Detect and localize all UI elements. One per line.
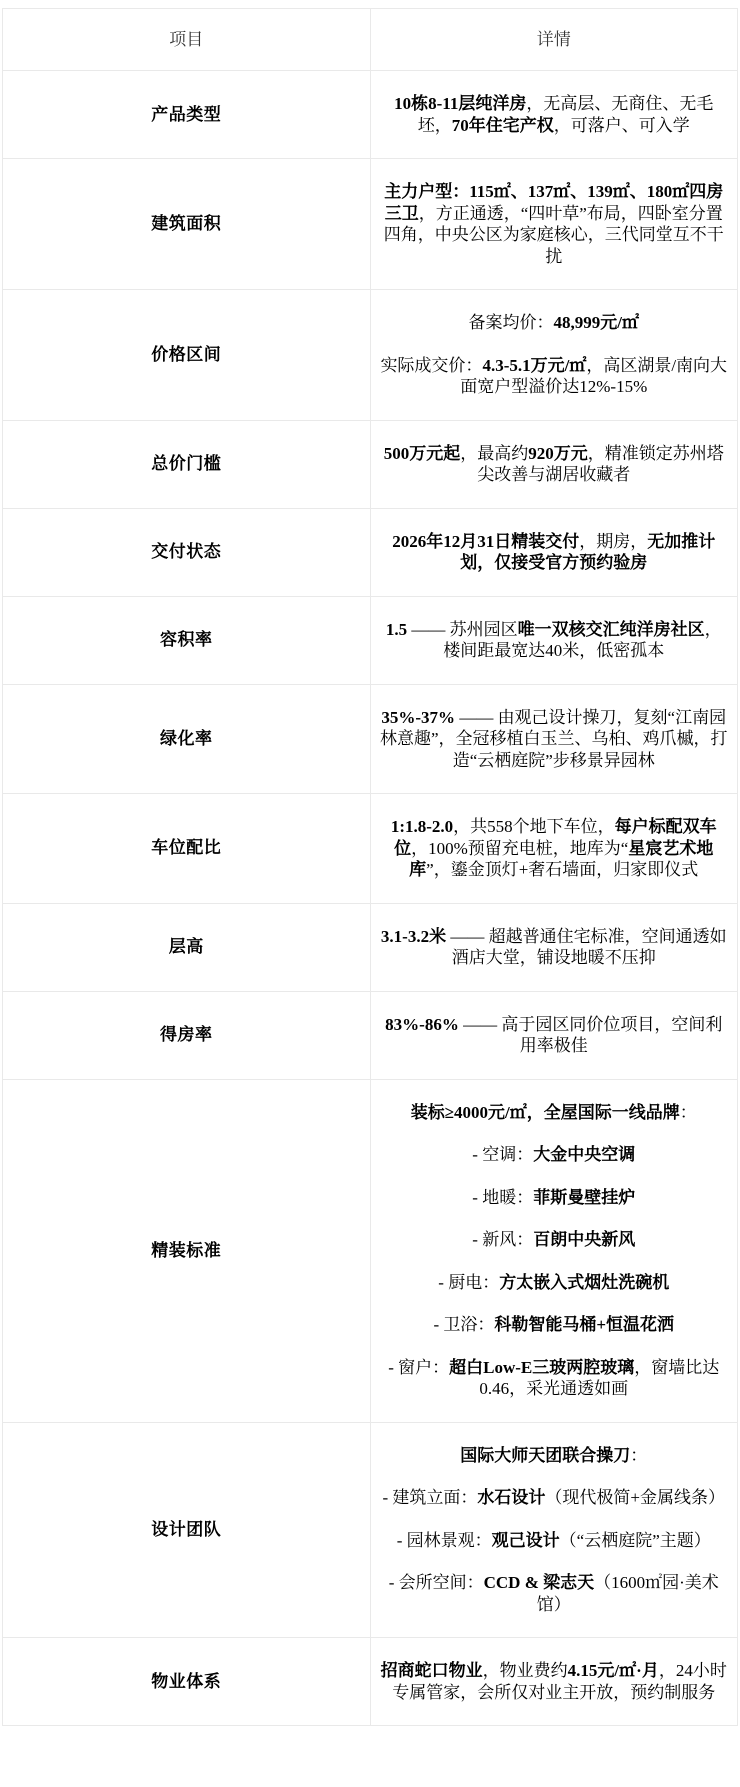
detail-text-bold: 4.15元/㎡·月 [568,1661,659,1680]
detail-text: ，方正通透，“四叶草”布局，四卧室分置四角，中央公区为家庭核心，三代同堂互不干扰 [384,204,724,266]
row-detail: 83%-86% —— 高于园区同价位项目，空间利用率极佳 [370,991,738,1079]
detail-paragraph: - 窗户：超白Low-E三玻两腔玻璃，窗墙比达0.46，采光通透如画 [379,1357,730,1400]
row-detail: 35%-37% —— 由观己设计操刀，复刻“江南园林意趣”，全冠移植白玉兰、乌桕… [370,684,738,794]
table-body: 产品类型10栋8-11层纯洋房，无高层、无商住、无毛坯，70年住宅产权，可落户、… [3,71,738,1726]
detail-text: ： [630,1446,647,1465]
detail-paragraph: 主力户型：115㎡、137㎡、139㎡、180㎡四房三卫，方正通透，“四叶草”布… [379,181,730,267]
detail-text-bold: 1.5 [386,620,407,639]
detail-paragraph: 1.5 —— 苏州园区唯一双核交汇纯洋房社区，楼间距最宽达40米，低密孤本 [379,619,730,662]
detail-text-bold: 观己设计 [492,1531,560,1550]
row-label: 精装标准 [3,1079,371,1422]
detail-paragraph: 10栋8-11层纯洋房，无高层、无商住、无毛坯，70年住宅产权，可落户、可入学 [379,93,730,136]
detail-text-bold: 70年住宅产权 [452,116,554,135]
detail-text-bold: 大金中央空调 [533,1145,635,1164]
detail-text-bold: 2026年12月31日精装交付 [392,532,579,551]
detail-text: —— 高于园区同价位项目，空间利用率极佳 [459,1015,723,1056]
detail-text: - 空调： [472,1145,533,1164]
detail-text: —— 超越普通住宅标准，空间通透如酒店大堂，铺设地暖不压抑 [446,927,727,968]
detail-text: ，共558个地下车位， [453,817,615,836]
table-row: 绿化率35%-37% —— 由观己设计操刀，复刻“江南园林意趣”，全冠移植白玉兰… [3,684,738,794]
detail-paragraph: - 厨电：方太嵌入式烟灶洗碗机 [379,1272,730,1294]
table-row: 容积率1.5 —— 苏州园区唯一双核交汇纯洋房社区，楼间距最宽达40米，低密孤本 [3,596,738,684]
detail-text-bold: 500万元起 [384,444,461,463]
detail-text: 实际成交价： [380,356,482,375]
row-label: 价格区间 [3,290,371,421]
table-row: 建筑面积主力户型：115㎡、137㎡、139㎡、180㎡四房三卫，方正通透，“四… [3,159,738,290]
detail-paragraph: 500万元起，最高约920万元，精准锁定苏州塔尖改善与湖居收藏者 [379,443,730,486]
detail-text-bold: 1:1.8-2.0 [391,817,453,836]
row-label: 设计团队 [3,1422,371,1638]
detail-paragraph: - 新风：百朗中央新风 [379,1229,730,1251]
detail-text-bold: 招商蛇口物业 [381,1661,483,1680]
row-label: 车位配比 [3,794,371,904]
detail-text: - 建筑立面： [382,1488,477,1507]
detail-text: ，期房， [579,532,647,551]
detail-text: ，最高约 [460,444,528,463]
row-detail: 国际大师天团联合操刀：- 建筑立面：水石设计（现代极简+金属线条）- 园林景观：… [370,1422,738,1638]
detail-paragraph: 实际成交价：4.3-5.1万元/㎡，高区湖景/南向大面宽户型溢价达12%-15% [379,355,730,398]
row-label: 得房率 [3,991,371,1079]
detail-text-bold: 4.3-5.1万元/㎡ [482,356,586,375]
detail-text-bold: 超白Low-E三玻两腔玻璃 [449,1358,634,1377]
detail-text: ，物业费约 [483,1661,568,1680]
detail-text: - 会所空间： [389,1573,484,1592]
row-label: 交付状态 [3,508,371,596]
detail-text-bold: 920万元 [528,444,588,463]
detail-text-bold: 48,999元/㎡ [554,313,639,332]
row-detail: 1:1.8-2.0，共558个地下车位，每户标配双车位，100%预留充电桩，地库… [370,794,738,904]
detail-paragraph: - 空调：大金中央空调 [379,1144,730,1166]
detail-text: ： [680,1103,697,1122]
row-detail: 主力户型：115㎡、137㎡、139㎡、180㎡四房三卫，方正通透，“四叶草”布… [370,159,738,290]
detail-paragraph: - 卫浴：科勒智能马桶+恒温花洒 [379,1314,730,1336]
table-row: 物业体系招商蛇口物业，物业费约4.15元/㎡·月，24小时专属管家，会所仅对业主… [3,1638,738,1726]
detail-paragraph: 3.1-3.2米 —— 超越普通住宅标准，空间通透如酒店大堂，铺设地暖不压抑 [379,926,730,969]
detail-text: - 窗户： [388,1358,449,1377]
detail-text-bold: 3.1-3.2米 [381,927,446,946]
detail-text: （“云栖庭院”主题） [560,1531,711,1550]
detail-paragraph: 国际大师天团联合操刀： [379,1445,730,1467]
detail-text-bold: 83%-86% [385,1015,459,1034]
row-label: 物业体系 [3,1638,371,1726]
table-row: 精装标准装标≥4000元/㎡，全屋国际一线品牌：- 空调：大金中央空调- 地暖：… [3,1079,738,1422]
row-detail: 500万元起，最高约920万元，精准锁定苏州塔尖改善与湖居收藏者 [370,420,738,508]
detail-text-bold: 科勒智能马桶+恒温花洒 [494,1315,674,1334]
row-label: 建筑面积 [3,159,371,290]
column-header-detail: 详情 [370,9,738,71]
detail-paragraph: 招商蛇口物业，物业费约4.15元/㎡·月，24小时专属管家，会所仅对业主开放，预… [379,1660,730,1703]
detail-text-bold: 方太嵌入式烟灶洗碗机 [499,1273,669,1292]
detail-text: - 新风： [472,1230,533,1249]
row-detail: 2026年12月31日精装交付，期房，无加推计划，仅接受官方预约验房 [370,508,738,596]
table-header-row: 项目 详情 [3,9,738,71]
table-row: 交付状态2026年12月31日精装交付，期房，无加推计划，仅接受官方预约验房 [3,508,738,596]
detail-text: —— 苏州园区 [407,620,518,639]
detail-paragraph: 83%-86% —— 高于园区同价位项目，空间利用率极佳 [379,1014,730,1057]
spec-table: 项目 详情 产品类型10栋8-11层纯洋房，无高层、无商住、无毛坯，70年住宅产… [2,8,738,1726]
detail-text-bold: 唯一双核交汇纯洋房社区 [518,620,705,639]
table-row: 价格区间备案均价：48,999元/㎡实际成交价：4.3-5.1万元/㎡，高区湖景… [3,290,738,421]
detail-paragraph: 1:1.8-2.0，共558个地下车位，每户标配双车位，100%预留充电桩，地库… [379,816,730,881]
row-detail: 3.1-3.2米 —— 超越普通住宅标准，空间通透如酒店大堂，铺设地暖不压抑 [370,903,738,991]
row-detail: 装标≥4000元/㎡，全屋国际一线品牌：- 空调：大金中央空调- 地暖：菲斯曼壁… [370,1079,738,1422]
table-row: 得房率83%-86% —— 高于园区同价位项目，空间利用率极佳 [3,991,738,1079]
row-detail: 10栋8-11层纯洋房，无高层、无商住、无毛坯，70年住宅产权，可落户、可入学 [370,71,738,159]
detail-paragraph: 备案均价：48,999元/㎡ [379,312,730,334]
detail-paragraph: 2026年12月31日精装交付，期房，无加推计划，仅接受官方预约验房 [379,531,730,574]
detail-text: - 地暖： [472,1188,533,1207]
detail-paragraph: 装标≥4000元/㎡，全屋国际一线品牌： [379,1102,730,1124]
row-detail: 1.5 —— 苏州园区唯一双核交汇纯洋房社区，楼间距最宽达40米，低密孤本 [370,596,738,684]
row-label: 绿化率 [3,684,371,794]
detail-text-bold: 菲斯曼壁挂炉 [533,1188,635,1207]
row-detail: 备案均价：48,999元/㎡实际成交价：4.3-5.1万元/㎡，高区湖景/南向大… [370,290,738,421]
detail-text-bold: 国际大师天团联合操刀 [460,1446,630,1465]
table-row: 设计团队国际大师天团联合操刀：- 建筑立面：水石设计（现代极简+金属线条）- 园… [3,1422,738,1638]
detail-text: - 园林景观： [397,1531,492,1550]
detail-text: - 卫浴： [433,1315,494,1334]
detail-text: ，可落户、可入学 [554,116,690,135]
detail-paragraph: - 园林景观：观己设计（“云栖庭院”主题） [379,1530,730,1552]
detail-text-bold: 百朗中央新风 [533,1230,635,1249]
row-label: 层高 [3,903,371,991]
detail-text: ，100%预留充电桩，地库为“ [411,839,628,858]
table-row: 产品类型10栋8-11层纯洋房，无高层、无商住、无毛坯，70年住宅产权，可落户、… [3,71,738,159]
table-row: 层高3.1-3.2米 —— 超越普通住宅标准，空间通透如酒店大堂，铺设地暖不压抑 [3,903,738,991]
detail-text: 备案均价： [469,313,554,332]
row-detail: 招商蛇口物业，物业费约4.15元/㎡·月，24小时专属管家，会所仅对业主开放，预… [370,1638,738,1726]
detail-text-bold: 10栋8-11层纯洋房 [394,94,526,113]
column-header-item: 项目 [3,9,371,71]
detail-paragraph: - 建筑立面：水石设计（现代极简+金属线条） [379,1487,730,1509]
detail-paragraph: - 地暖：菲斯曼壁挂炉 [379,1187,730,1209]
row-label: 产品类型 [3,71,371,159]
detail-text-bold: 装标≥4000元/㎡，全屋国际一线品牌 [411,1103,680,1122]
detail-text: （现代极简+金属线条） [545,1488,725,1507]
detail-text-bold: 水石设计 [477,1488,545,1507]
property-spec-page: 项目 详情 产品类型10栋8-11层纯洋房，无高层、无商住、无毛坯，70年住宅产… [0,0,740,1728]
detail-text-bold: CCD & 梁志天 [484,1573,595,1592]
table-row: 总价门槛500万元起，最高约920万元，精准锁定苏州塔尖改善与湖居收藏者 [3,420,738,508]
detail-text: ”，鎏金顶灯+奢石墙面，归家即仪式 [426,860,698,879]
detail-paragraph: - 会所空间：CCD & 梁志天（1600㎡园·美术馆） [379,1572,730,1615]
detail-paragraph: 35%-37% —— 由观己设计操刀，复刻“江南园林意趣”，全冠移植白玉兰、乌桕… [379,707,730,772]
detail-text: - 厨电： [438,1273,499,1292]
table-row: 车位配比1:1.8-2.0，共558个地下车位，每户标配双车位，100%预留充电… [3,794,738,904]
row-label: 容积率 [3,596,371,684]
detail-text-bold: 35%-37% [381,708,455,727]
row-label: 总价门槛 [3,420,371,508]
